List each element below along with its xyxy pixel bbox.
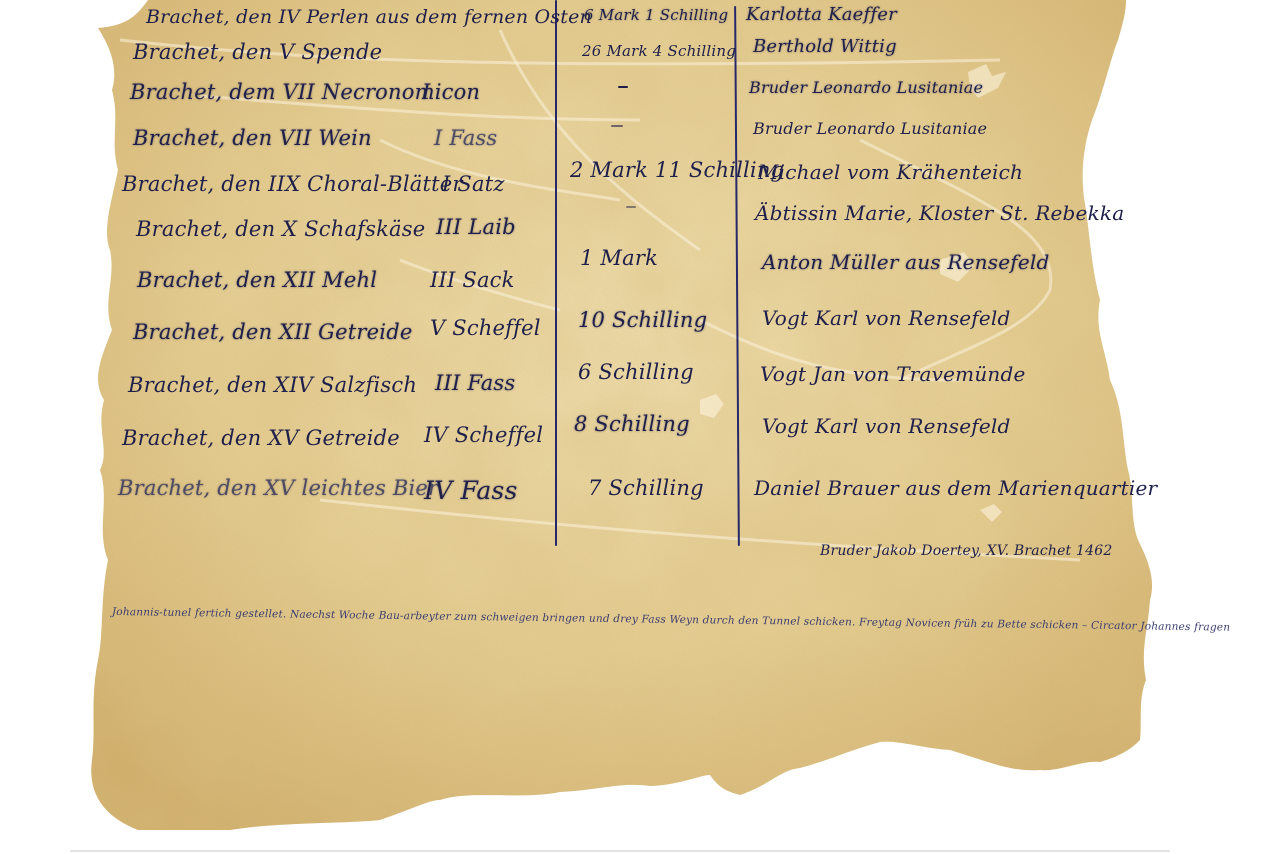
entry-price: 10 Schilling [578, 310, 707, 331]
entry-price: 8 Schilling [574, 414, 690, 435]
entry-recipient: Vogt Karl von Rensefeld [762, 416, 1011, 436]
entry-quantity: IV Fass [424, 478, 518, 503]
entry-price: 26 Mark 4 Schilling [582, 44, 736, 59]
entry-price: 7 Schilling [588, 478, 704, 499]
entry-price: 6 Mark 1 Schilling [584, 8, 728, 23]
entry-recipient: Bruder Leonardo Lusitaniae [753, 121, 987, 137]
entry-recipient: Daniel Brauer aus dem Marienquartier [754, 478, 1157, 498]
entry-recipient: Vogt Jan von Travemünde [760, 364, 1026, 384]
entry-price-dash [618, 86, 628, 88]
entry-item: Brachet, den XV leichtes Bier [118, 478, 438, 499]
entry-recipient: Anton Müller aus Rensefeld [762, 252, 1050, 272]
entry-quantity: I Fass [434, 128, 497, 149]
entry-recipient: Michael vom Krähenteich [758, 162, 1023, 182]
entry-recipient: Berthold Wittig [753, 38, 897, 56]
entry-item: Brachet, den IV Perlen aus dem fernen Os… [146, 8, 592, 27]
entry-item: Brachet, den XIV Salzfisch [128, 375, 417, 396]
entry-quantity: I [422, 82, 431, 103]
entry-price-dash [611, 125, 623, 127]
entry-item: Brachet, den X Schafskäse [136, 219, 425, 240]
entry-item: Brachet, den XII Mehl [137, 270, 377, 291]
entry-price: 1 Mark [580, 248, 658, 269]
entry-recipient: Bruder Leonardo Lusitaniae [749, 80, 983, 96]
entry-item: Brachet, den XV Getreide [122, 428, 400, 449]
entry-quantity: III Fass [435, 373, 515, 394]
entry-price-dash [626, 206, 636, 208]
entry-quantity: III Laib [436, 217, 516, 238]
entry-item: Brachet, den V Spende [133, 42, 382, 63]
entry-recipient: Äbtissin Marie, Kloster St. Rebekka [755, 203, 1124, 223]
entry-item: Brachet, den IIX Choral-Blätter [122, 174, 463, 195]
entry-item: Brachet, den VII Wein [133, 128, 372, 149]
entry-quantity: I Satz [442, 174, 505, 195]
page-canvas: Brachet, den IV Perlen aus dem fernen Os… [0, 0, 1280, 854]
entry-recipient: Karlotta Kaeffer [746, 6, 897, 24]
entry-quantity: V Scheffel [430, 318, 541, 339]
entry-quantity: III Sack [430, 270, 515, 291]
entry-price: 6 Schilling [578, 362, 694, 383]
column-divider-price-left [555, 0, 557, 546]
entry-price: 2 Mark 11 Schilling [570, 160, 784, 181]
ledger-signature: Bruder Jakob Doertey, XV. Brachet 1462 [820, 544, 1112, 558]
entry-quantity: IV Scheffel [424, 425, 543, 446]
entry-recipient: Vogt Karl von Rensefeld [762, 308, 1011, 328]
entry-item: Brachet, den XII Getreide [133, 322, 412, 343]
